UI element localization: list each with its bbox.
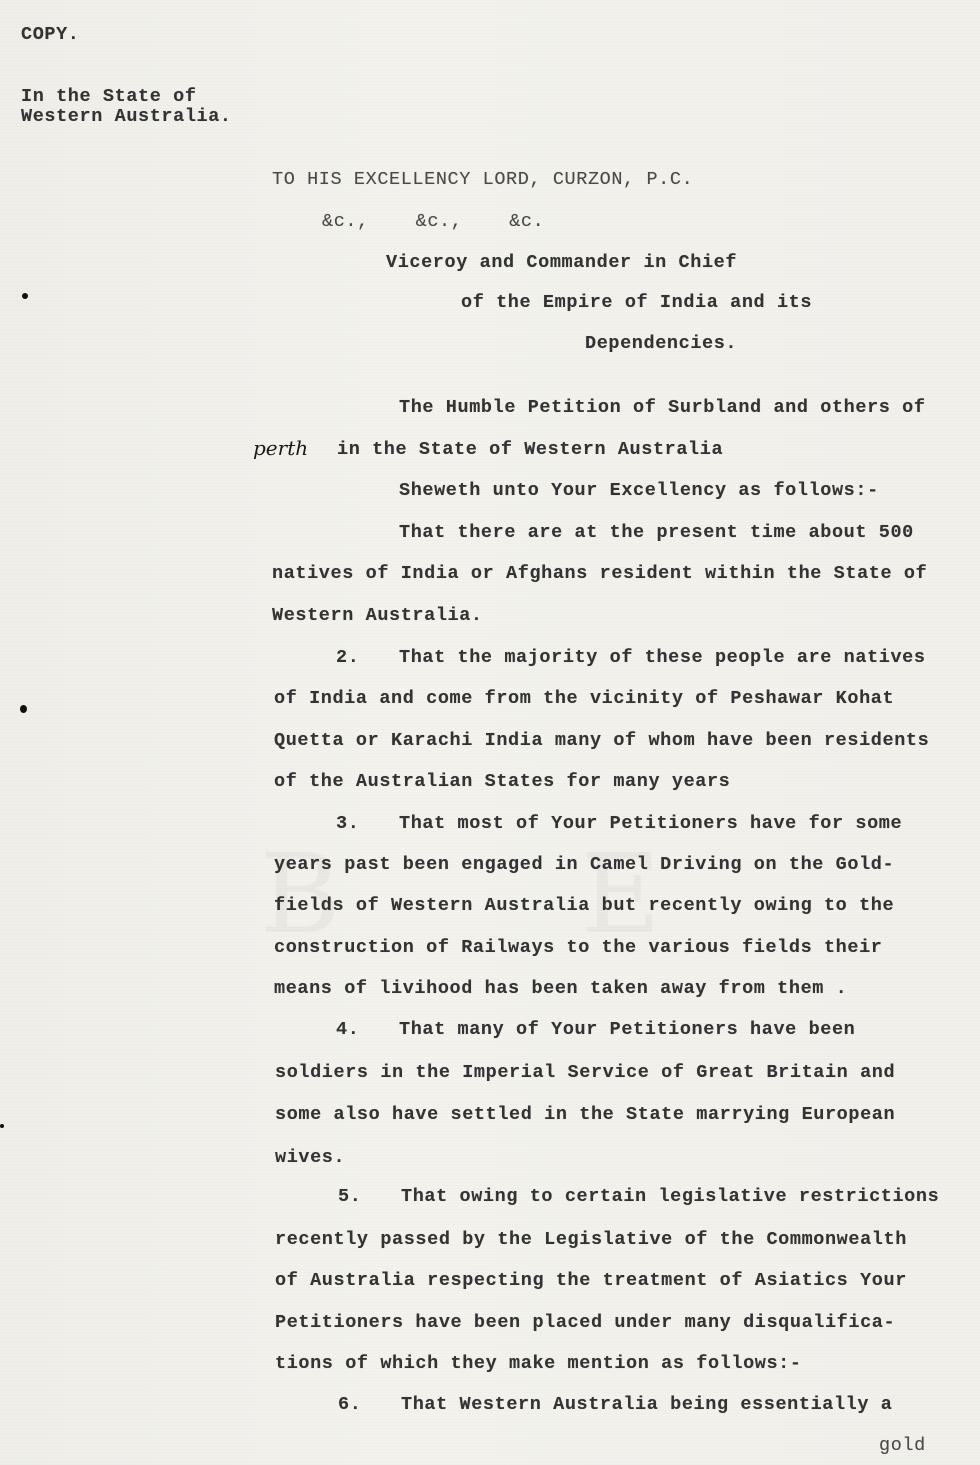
paragraph-4-line: soldiers in the Imperial Service of Grea…: [275, 1062, 895, 1084]
paragraph-6-number: 6.: [338, 1394, 361, 1416]
paragraph-4-line: some also have settled in the State marr…: [275, 1104, 895, 1126]
paragraph-5-line: That owing to certain legislative restri…: [401, 1186, 939, 1208]
punch-hole-mark: [0, 1124, 4, 1128]
address-title-2: of the Empire of India and its: [461, 292, 812, 314]
address-title-1: Viceroy and Commander in Chief: [386, 252, 737, 274]
preamble-line-1: The Humble Petition of Surbland and othe…: [399, 397, 926, 419]
location-line-1: In the State of: [21, 87, 197, 107]
catchword: gold: [879, 1435, 926, 1457]
address-to: TO HIS EXCELLENCY LORD, CURZON, P.C.: [272, 169, 693, 191]
paragraph-1-line: Western Australia.: [272, 605, 483, 627]
paragraph-1-line: That there are at the present time about…: [399, 522, 914, 544]
address-title-3: Dependencies.: [585, 333, 737, 355]
preamble-line-2: in the State of Western Australia: [337, 439, 723, 461]
paragraph-4-number: 4.: [336, 1019, 359, 1041]
document-page: B E COPY. In the State of Western Austra…: [0, 0, 980, 1465]
paragraph-2-line: of the Australian States for many years: [274, 771, 730, 793]
paragraph-2-number: 2.: [336, 647, 359, 669]
paragraph-3-line: means of livihood has been taken away fr…: [274, 978, 847, 1000]
punch-hole-mark: [22, 293, 28, 299]
paragraph-3-number: 3.: [336, 813, 359, 835]
paragraph-4-line: wives.: [275, 1147, 345, 1169]
paragraph-6-line: That Western Australia being essentially…: [401, 1394, 892, 1416]
paragraph-2-line: of India and come from the vicinity of P…: [274, 688, 894, 710]
punch-hole-mark: [20, 705, 27, 713]
paragraph-5-line: of Australia respecting the treatment of…: [275, 1270, 907, 1292]
paragraph-5-line: tions of which they make mention as foll…: [275, 1353, 802, 1375]
handwritten-city: perth: [253, 436, 308, 460]
location-line-2: Western Australia.: [21, 107, 232, 127]
copy-label: COPY.: [21, 24, 80, 46]
paragraph-4-line: That many of Your Petitioners have been: [399, 1019, 855, 1041]
paragraph-2-line: Quetta or Karachi India many of whom hav…: [274, 730, 929, 752]
paragraph-3-line: That most of Your Petitioners have for s…: [399, 813, 902, 835]
address-etc: &c., &c., &c.: [322, 211, 544, 233]
paragraph-3-line: fields of Western Australia but recently…: [274, 895, 894, 917]
paragraph-5-line: recently passed by the Legislative of th…: [275, 1229, 907, 1251]
paragraph-5-number: 5.: [338, 1186, 361, 1208]
paragraph-2-line: That the majority of these people are na…: [399, 647, 926, 669]
paragraph-3-line: years past been engaged in Camel Driving…: [274, 854, 894, 876]
paragraph-1-line: natives of India or Afghans resident wit…: [272, 563, 927, 585]
paragraph-5-line: Petitioners have been placed under many …: [275, 1312, 895, 1334]
paragraph-3-line: construction of Railways to the various …: [274, 937, 883, 959]
preamble-line-3: Sheweth unto Your Excellency as follows:…: [399, 480, 879, 502]
